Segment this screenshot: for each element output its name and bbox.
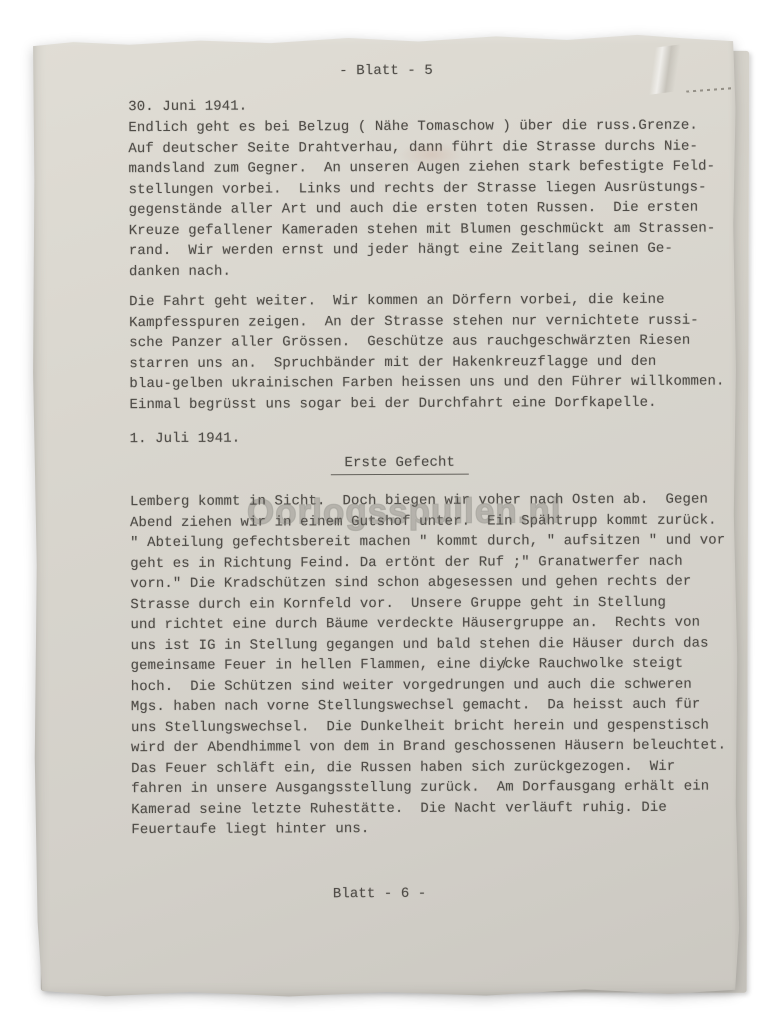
diary-paragraph: Endlich geht es bei Belzug ( Nähe Tomasc… (128, 115, 731, 282)
section-heading-wrap: Erste Gefecht (99, 451, 701, 476)
paper-speck (89, 39, 93, 41)
entry-date: 1. Juli 1941. (130, 426, 732, 449)
entry-date: 30. Juni 1941. (128, 94, 730, 117)
diary-paragraph: Die Fahrt geht weiter. Wir kommen an Dör… (129, 289, 732, 415)
diary-entry-june30: 30. Juni 1941. Endlich geht es bei Belzu… (128, 94, 731, 415)
document-photo: - Blatt - 5 30. Juni 1941. Endlich geht … (0, 0, 768, 1024)
paper-speck (127, 42, 130, 45)
diary-paragraph: Lemberg kommt in Sicht. Doch biegen wir … (130, 489, 734, 840)
pencil-dots (686, 86, 742, 92)
paper-sheet-wrap: - Blatt - 5 30. Juni 1941. Endlich geht … (33, 34, 738, 997)
paper-speck (171, 38, 176, 40)
page-header: - Blatt - 5 (85, 60, 687, 83)
diary-entry-july1: 1. Juli 1941. Erste Gefecht Lemberg komm… (130, 426, 734, 840)
page-footer: Blatt - 6 - (79, 882, 681, 905)
paper-sheet: - Blatt - 5 30. Juni 1941. Endlich geht … (31, 32, 740, 998)
section-heading: Erste Gefecht (330, 452, 469, 475)
